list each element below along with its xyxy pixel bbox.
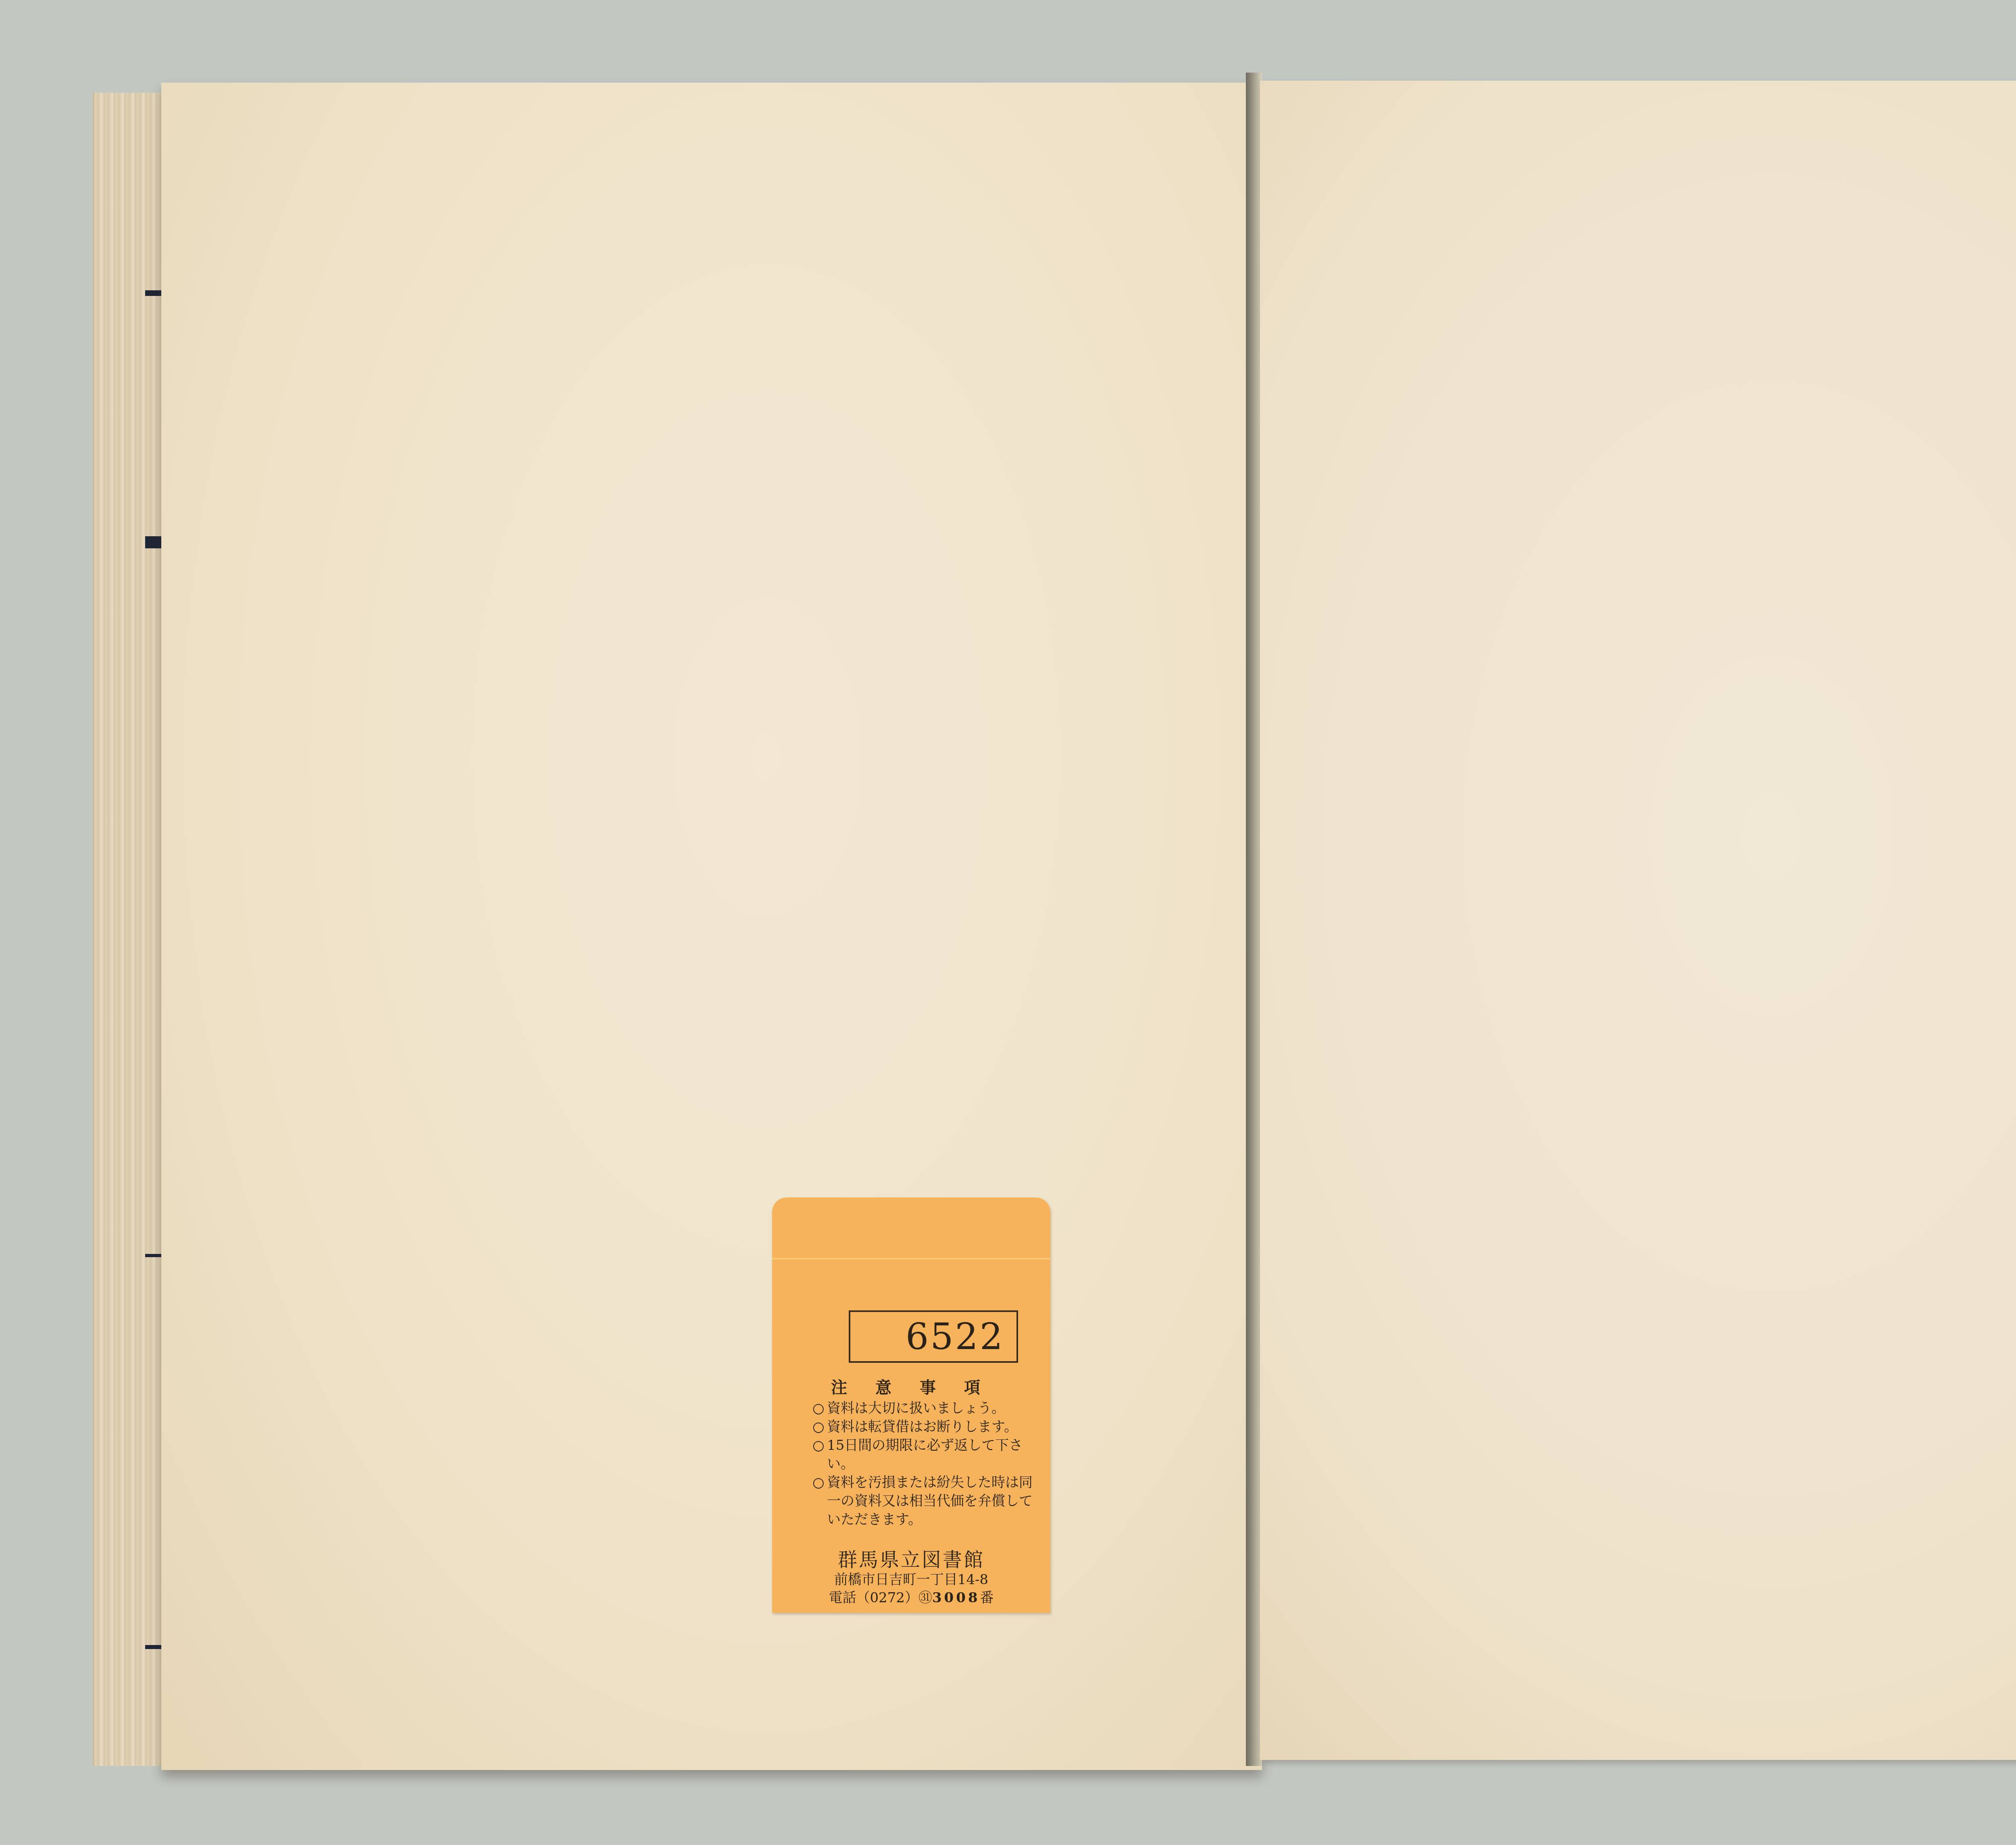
- library-phone: 電話（0272）㉛3008番: [772, 1587, 1050, 1606]
- library-name: 群馬県立図書館: [772, 1544, 1050, 1572]
- right-page-blank: [1260, 81, 2016, 1760]
- notice-item: 15日間の期限に必ず返して下さい。: [812, 1436, 1038, 1473]
- notice-title: 注 意 事 項: [772, 1375, 1050, 1398]
- pocket-fold-line: [772, 1258, 1050, 1260]
- notice-list: 資料は大切に扱いましょう。 資料は転貸借はお断りします。 15日間の期限に必ず返…: [812, 1399, 1038, 1529]
- book-gutter: [1246, 73, 1262, 1766]
- left-page: 6522 注 意 事 項 資料は大切に扱いましょう。 資料は転貸借はお断りします…: [161, 83, 1262, 1770]
- phone-suffix: 番: [980, 1590, 994, 1606]
- notice-item: 資料は大切に扱いましょう。: [812, 1399, 1038, 1418]
- notice-item: 資料は転貸借はお断りします。: [812, 1418, 1038, 1436]
- phone-number: 3008: [932, 1590, 980, 1606]
- call-number-box: 6522: [849, 1310, 1018, 1363]
- library-address: 前橋市日吉町一丁目14-8: [772, 1568, 1050, 1588]
- notice-item: 資料を汚損または紛失した時は同一の資料又は相当代価を弁償していただきます。: [812, 1473, 1038, 1529]
- phone-prefix: 電話（0272）㉛: [829, 1590, 932, 1606]
- call-number: 6522: [906, 1316, 1004, 1358]
- library-card-pocket[interactable]: 6522 注 意 事 項 資料は大切に扱いましょう。 資料は転貸借はお断りします…: [772, 1197, 1050, 1613]
